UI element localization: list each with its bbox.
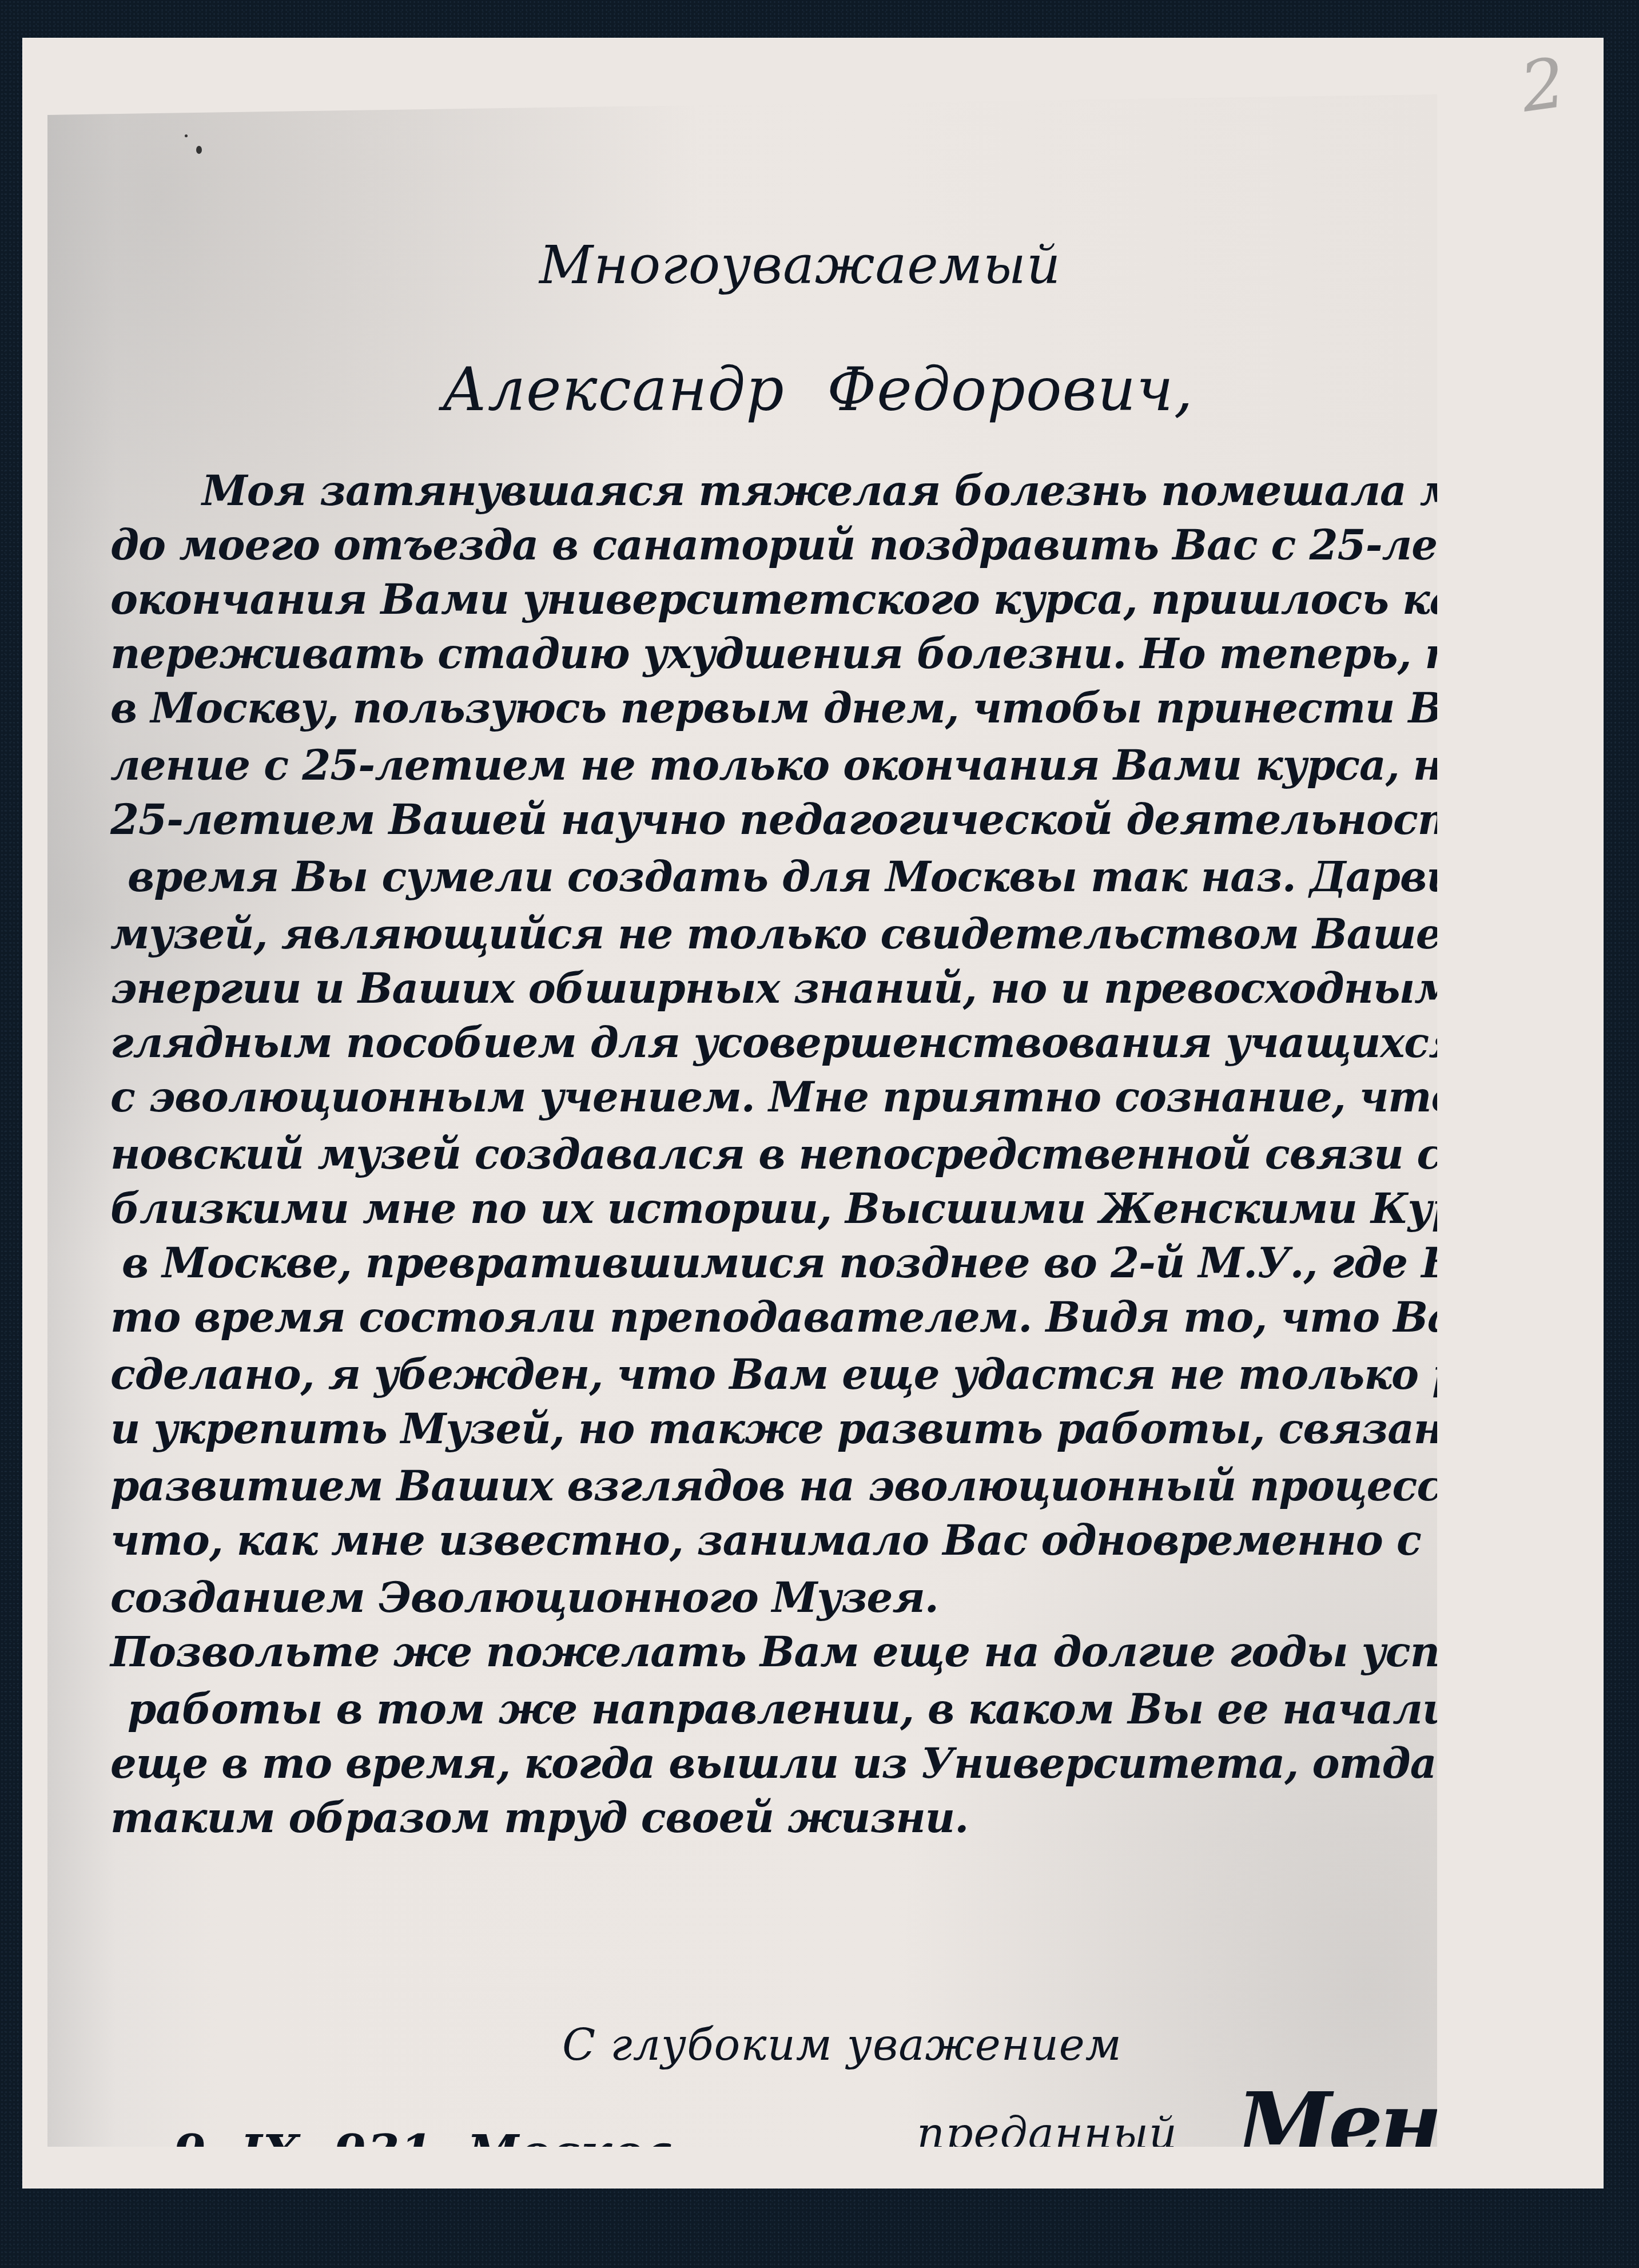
body-line: 25-летием Вашей научно педагогической де…: [110, 795, 1639, 844]
body-line: развитием Ваших взглядов на эволюционный…: [110, 1461, 1455, 1510]
closing-phrase: С глубоким уважением: [562, 2019, 1122, 2070]
body-line: работы в том же направлении, в каком Вы …: [128, 1685, 1451, 1733]
body-line: еще в то время, когда вышли из Университ…: [110, 1739, 1521, 1788]
body-line: новский музей создавался в непосредствен…: [110, 1130, 1639, 1178]
body-line: с эволюционным учением. Мне приятно созн…: [110, 1073, 1634, 1121]
body-line: созданием Эволюционного Музея.: [110, 1573, 938, 1622]
body-line: близкими мне по их истории, Высшими Женс…: [110, 1184, 1578, 1233]
letter-photo-print: Многоуважаемый Александр Федорович, Моя …: [47, 94, 1437, 2147]
dust-speck: [185, 134, 188, 137]
body-line: и укрепить Музей, но также развить работ…: [110, 1404, 1578, 1453]
body-line: энергии и Ваших обширных знаний, но и пр…: [110, 964, 1539, 1012]
body-line: сделано, я убежден, что Вам еще удастся …: [110, 1350, 1639, 1399]
body-line: окончания Вами университетского курса, п…: [110, 575, 1577, 623]
body-line: глядным пособием для усовершенствования …: [110, 1018, 1639, 1067]
body-line: то время состояли преподавателем. Видя т…: [110, 1293, 1522, 1341]
body-line: в Москве, превратившимися позднее во 2-й…: [122, 1238, 1537, 1287]
signature-flourish-icon: [1248, 2182, 1500, 2268]
sender-address: Моховая д. 3, кв. 9.: [190, 2205, 624, 2253]
body-line: время Вы сумели создать для Москвы так н…: [128, 852, 1639, 901]
body-line: таким образом труд своей жизни.: [110, 1793, 968, 1842]
body-line: до моего отъезда в санаторий поздравить …: [110, 521, 1574, 569]
body-line: Моя затянувшаяся тяжелая болезнь помешал…: [202, 466, 1514, 515]
body-line: музей, являющийся не только свидетельств…: [110, 909, 1639, 958]
body-line: Позвольте же пожелать Вам еще на долгие …: [110, 1627, 1594, 1676]
dust-speck: [196, 146, 202, 154]
body-line: что, как мне известно, занимало Вас одно…: [110, 1516, 1421, 1564]
salutation-line-1: Многоуважаемый: [539, 235, 1061, 296]
body-line: в Москву, пользуюсь первым днем, чтобы п…: [110, 684, 1639, 732]
body-line: ление с 25-летием не только окончания Ва…: [110, 741, 1513, 789]
salutation-line-2: Александр Федорович,: [442, 355, 1194, 424]
body-line: переживать стадию ухудшения болезни. Но …: [110, 629, 1639, 678]
